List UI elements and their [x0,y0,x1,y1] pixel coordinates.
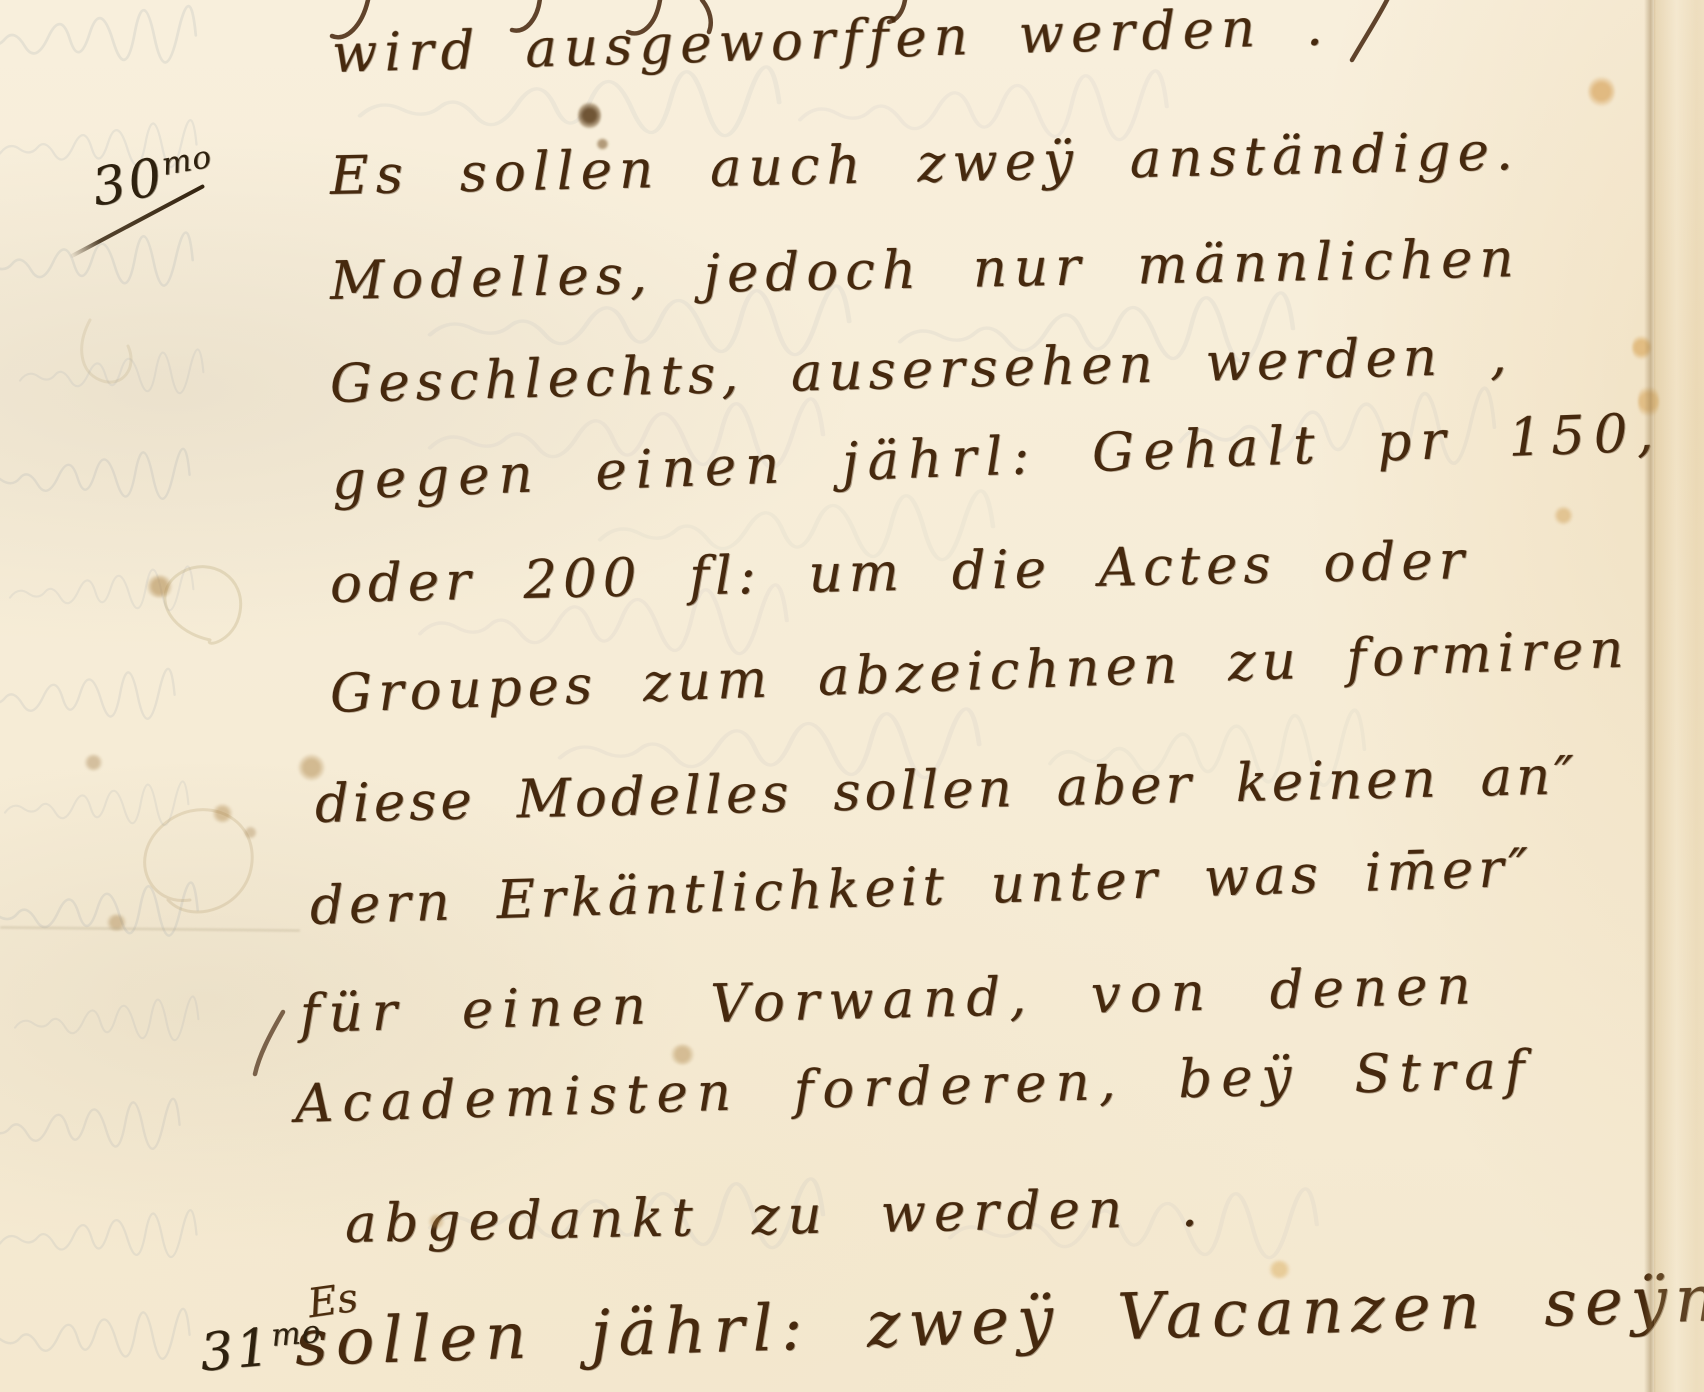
paper-stain [212,804,233,823]
paper-stain [84,754,103,771]
margin-number: 31 [198,1317,275,1383]
margin-number-31mo: 31mo [198,1317,325,1380]
margin-number-suffix: mo [270,1314,323,1354]
paper-stain [298,754,325,781]
paper-stain [146,575,173,598]
paper-stain [1588,76,1615,107]
manuscript-line: abgedankt zu werden . [344,1181,1206,1251]
page-gutter-strip [1654,0,1704,1392]
paper-stain [244,826,257,839]
ink-spot [596,138,609,150]
paper-stain [1268,1260,1291,1279]
paper-stain [428,1214,445,1229]
ink-spot [578,102,601,129]
margin-number-suffix: mo [159,139,215,183]
paper-stain [1554,506,1573,525]
manuscript-page: wird ausgeworffen werden . Es sollen auc… [0,0,1704,1392]
paper-stain [670,1044,695,1065]
